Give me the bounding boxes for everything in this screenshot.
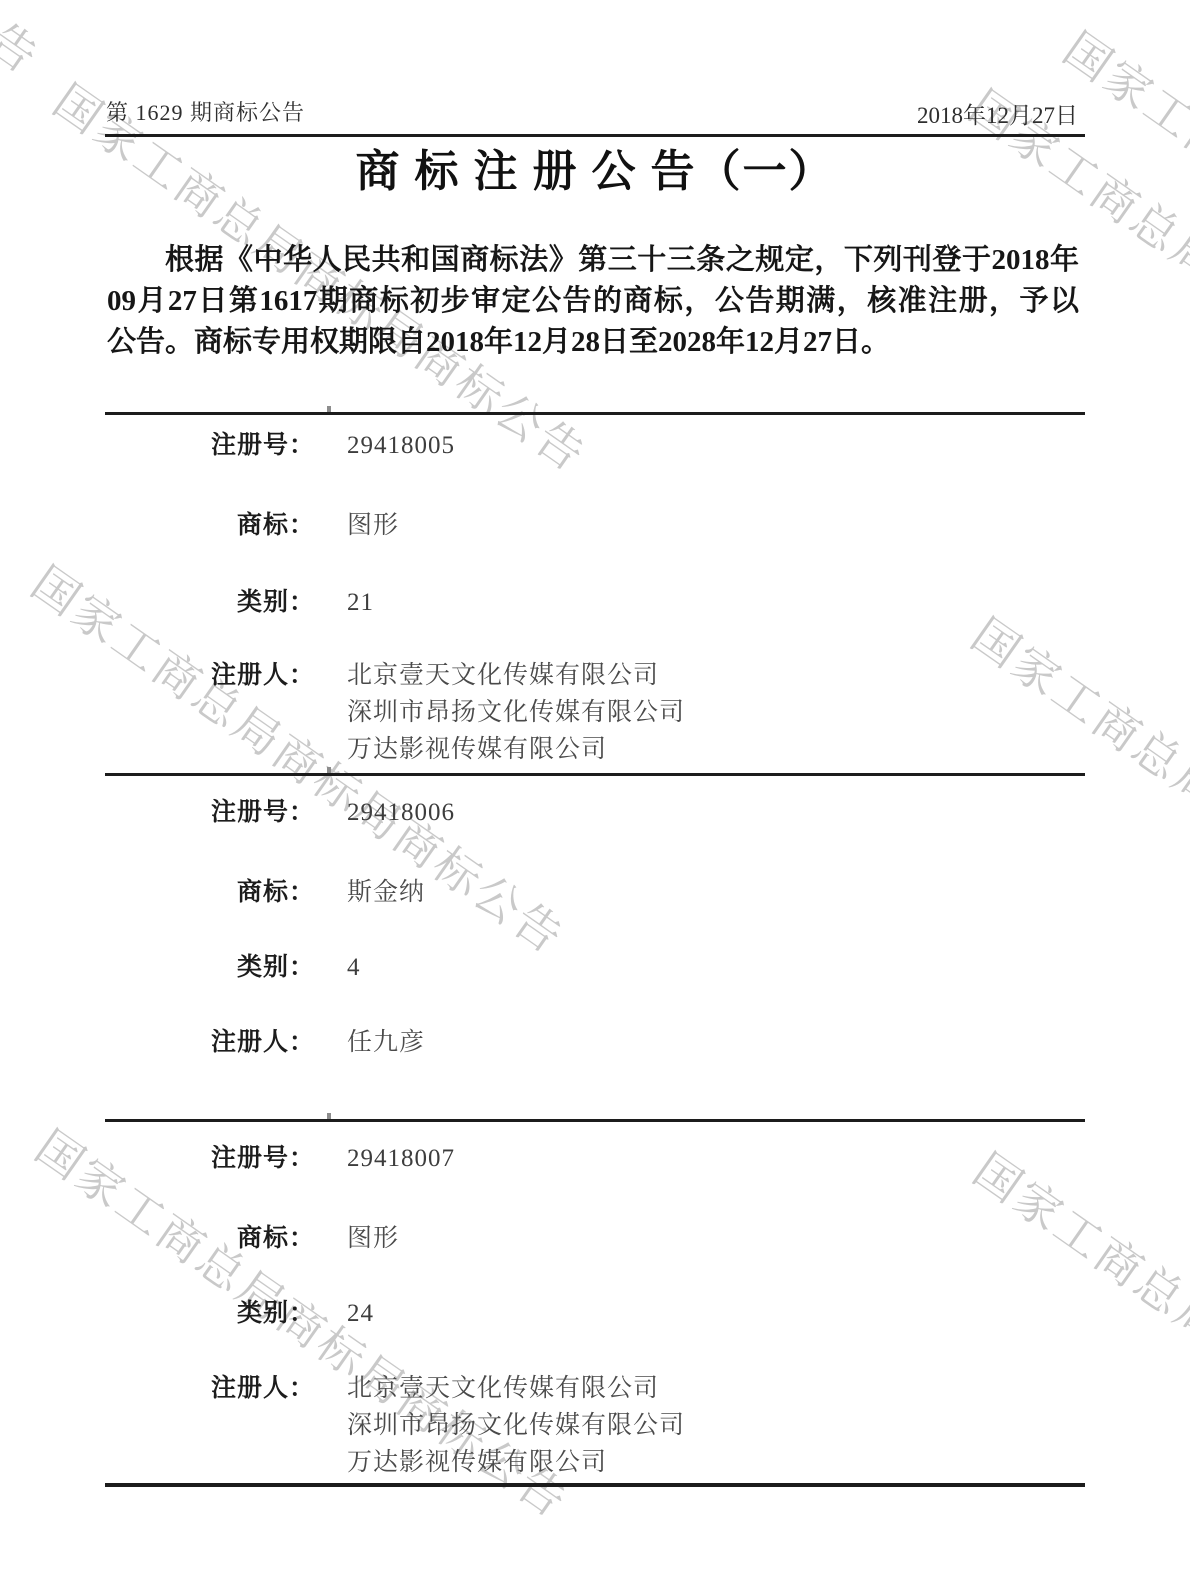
trademark-value: 图形 [347,1220,399,1257]
trademark-label: 商标： [105,1220,315,1257]
registrant-value: 北京壹天文化传媒有限公司深圳市昂扬文化传媒有限公司万达影视传媒有限公司 [347,657,685,768]
intro-paragraph: 根据《中华人民共和国商标法》第三十三条之规定，下列刊登于2018年 09月27日… [107,240,1079,363]
trademark-label: 商标： [105,507,315,544]
intro-line: 公告。商标专用权期限自2018年12月28日至2028年12月27日。 [107,322,1079,363]
category-value: 4 [347,949,361,986]
header-rule [105,134,1085,137]
intro-line: 09月27日第1617期商标初步审定公告的商标，公告期满，核准注册，予以 [107,281,1079,322]
record-divider [105,412,1085,415]
registrant-label: 注册人： [105,1024,315,1061]
record-row-registrant: 注册人：北京壹天文化传媒有限公司深圳市昂扬文化传媒有限公司万达影视传媒有限公司 [105,657,1085,768]
category-label: 类别： [105,584,315,621]
record-row-registrant: 注册人：任九彦 [105,1024,1085,1061]
issue-number: 第 1629 期商标公告 [106,96,305,127]
record-divider [105,773,1085,776]
page-content: 第 1629 期商标公告 2018年12月27日 商 标 注 册 公 告（一） … [0,0,1190,1584]
record-row-registrant: 注册人：北京壹天文化传媒有限公司深圳市昂扬文化传媒有限公司万达影视传媒有限公司 [105,1370,1085,1481]
divider-tick [327,1113,331,1119]
reg-no-value: 29418006 [347,794,455,831]
trademark-label: 商标： [105,874,315,911]
reg-no-label: 注册号： [105,794,315,831]
registrant-value: 任九彦 [347,1024,425,1061]
bottom-rule [105,1483,1085,1487]
record-row-reg-no: 注册号：29418006 [105,794,1085,831]
record-row-reg-no: 注册号：29418007 [105,1140,1085,1177]
reg-no-value: 29418005 [347,427,455,464]
record-row-category: 类别：21 [105,584,1085,621]
reg-no-label: 注册号： [105,427,315,464]
record-row-trademark: 商标：斯金纳 [105,874,1085,911]
reg-no-label: 注册号： [105,1140,315,1177]
trademark-value: 图形 [347,507,399,544]
record-row-trademark: 商标：图形 [105,507,1085,544]
registrant-label: 注册人： [105,657,315,694]
record-row-category: 类别：4 [105,949,1085,986]
page-title: 商 标 注 册 公 告（一） [0,146,1190,198]
publication-date: 2018年12月27日 [917,97,1078,130]
registrant-name: 深圳市昂扬文化传媒有限公司 [347,1407,685,1444]
reg-no-value: 29418007 [347,1140,455,1177]
registrant-name: 北京壹天文化传媒有限公司 [347,1370,685,1407]
trademark-value: 斯金纳 [347,874,425,911]
divider-tick [327,406,331,412]
record-divider [105,1119,1085,1122]
registrant-name: 北京壹天文化传媒有限公司 [347,657,685,694]
record-row-category: 类别：24 [105,1295,1085,1332]
category-label: 类别： [105,1295,315,1332]
record-row-trademark: 商标：图形 [105,1220,1085,1257]
category-value: 24 [347,1295,374,1332]
record-row-reg-no: 注册号：29418005 [105,427,1085,464]
registrant-name: 万达影视传媒有限公司 [347,731,685,768]
registrant-value: 北京壹天文化传媒有限公司深圳市昂扬文化传媒有限公司万达影视传媒有限公司 [347,1370,685,1481]
intro-line: 根据《中华人民共和国商标法》第三十三条之规定，下列刊登于2018年 [107,240,1079,281]
category-value: 21 [347,584,374,621]
registrant-name: 深圳市昂扬文化传媒有限公司 [347,694,685,731]
registrant-name: 任九彦 [347,1024,425,1061]
category-label: 类别： [105,949,315,986]
registrant-name: 万达影视传媒有限公司 [347,1444,685,1481]
registrant-label: 注册人： [105,1370,315,1407]
gazette-page: 国家工商总局商标局商标公告 国家工商总局商标局商标公告 国家工商总局商标局商标公… [0,0,1190,1584]
